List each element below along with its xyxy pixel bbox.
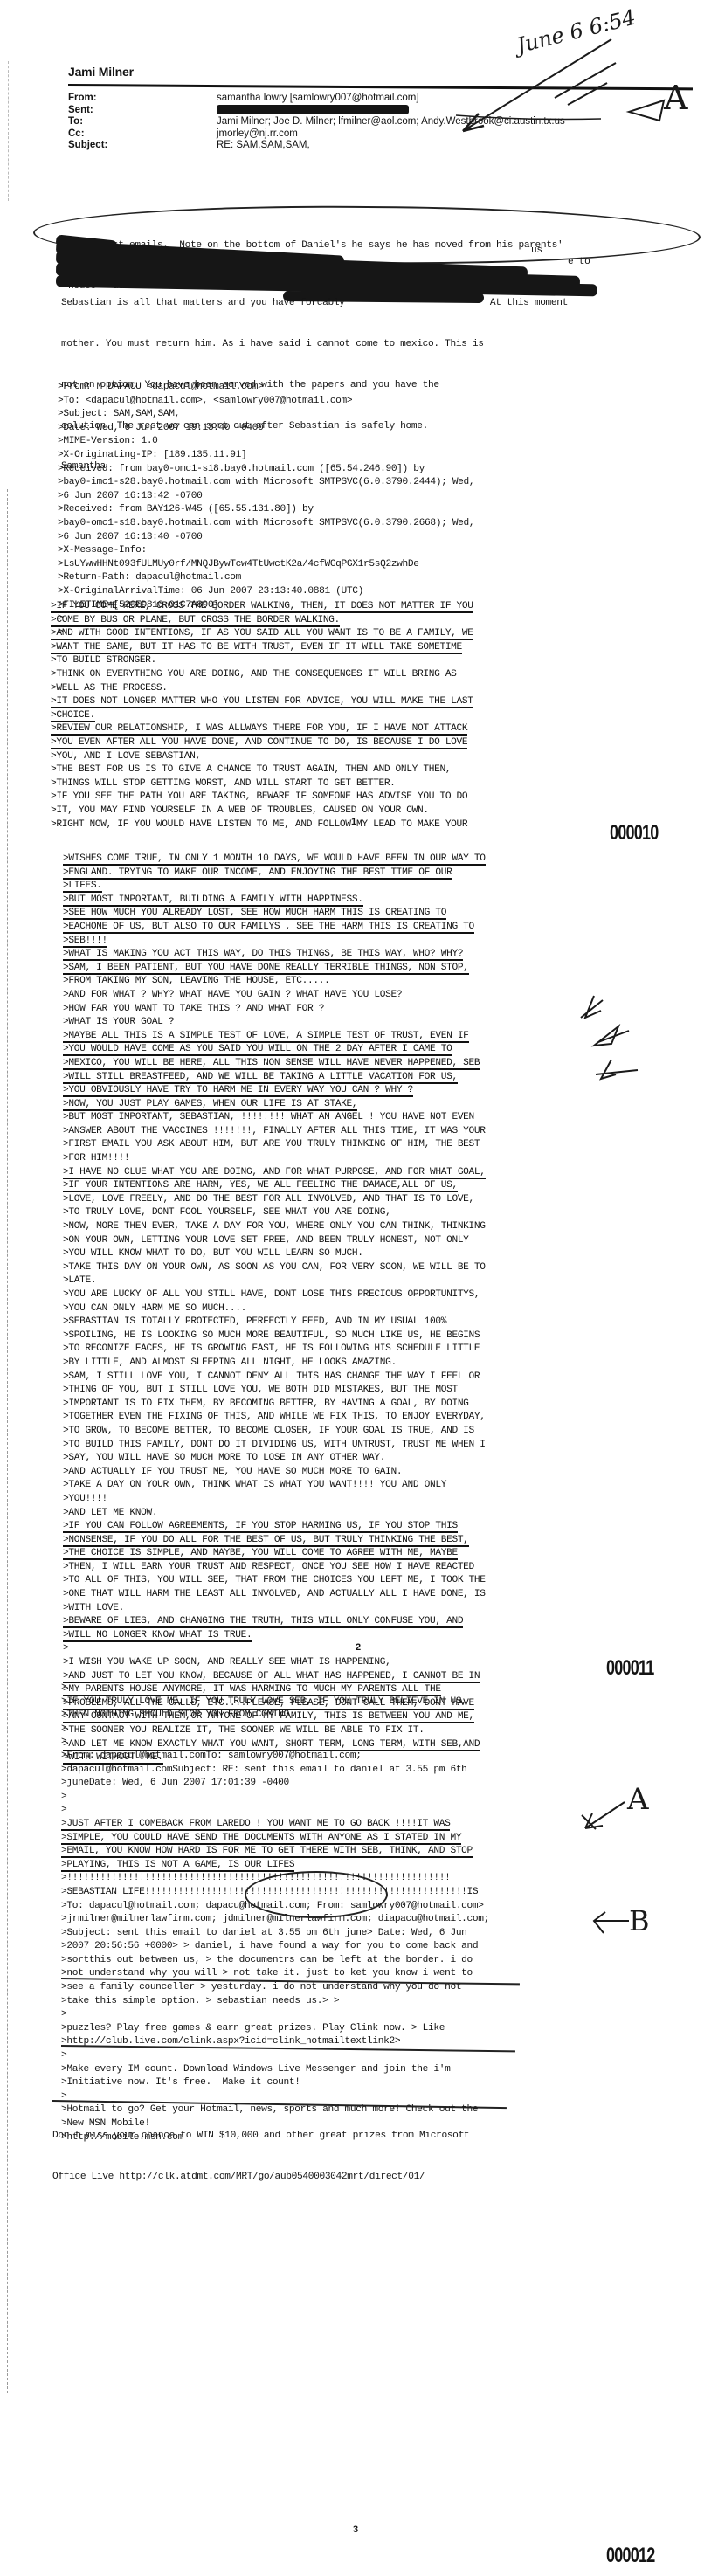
handwritten-underline: >SIMPLE, YOU COULD HAVE SEND THE DOCUMEN… [61, 1833, 461, 1845]
page-number: 3 [353, 2524, 358, 2535]
handwritten-underline: >SEE HOW MUCH YOU ALREADY LOST, SEE HOW … [63, 908, 446, 920]
bates-number: 000010 [610, 821, 659, 846]
handwritten-underline: >WILL NO LONGER KNOW WHAT IS TRUE. [63, 1630, 252, 1642]
handwritten-underline: >IT DOES NOT LONGER MATTER WHO YOU LISTE… [51, 696, 473, 708]
text-line: >SIMPLE, YOU COULD HAVE SEND THE DOCUMEN… [61, 1832, 489, 1846]
handwritten-arrow-icon [625, 96, 668, 122]
handwritten-arrow-icon [590, 1909, 633, 1935]
text-line: >TO TRULY LOVE, DONT FOOL YOURSELF, SEE … [63, 1206, 486, 1220]
text-line: >TAKE THIS DAY ON YOUR OWN, AS SOON AS Y… [63, 1261, 486, 1275]
handwritten-underline: >YOU WOULD HAVE COME AS YOU SAID YOU WIL… [63, 1044, 452, 1056]
text-line: > [61, 1682, 489, 1695]
text-line: >THE BEST FOR US IS TO GIVE A CHANCE TO … [51, 763, 473, 777]
handwritten-underline: >NOW, YOU JUST PLAY GAMES, WHEN OUR LIFE… [63, 1099, 357, 1111]
text-line: >NONSENSE, IF YOU DO ALL FOR THE BEST OF… [63, 1534, 486, 1548]
handwritten-underline: >MAYBE ALL THIS IS A SIMPLE TEST OF LOVE… [63, 1031, 469, 1043]
text-line: >WILL NO LONGER KNOW WHAT IS TRUE. [63, 1629, 486, 1643]
text-line: >AND LET ME KNOW. [63, 1507, 486, 1521]
text-line: >SAY, YOU WILL HAVE SO MUCH MORE TO LOSE… [63, 1452, 486, 1466]
text-line: >NOW, YOU JUST PLAY GAMES, WHEN OUR LIFE… [63, 1098, 486, 1112]
text-line: >X-Originating-IP: [189.135.11.91] [58, 449, 474, 463]
text-line: > [61, 1804, 489, 1818]
text-line: >6 Jun 2007 16:13:40 -0700 [58, 531, 474, 545]
text-line: >WHAT IS MAKING YOU ACT THIS WAY, DO THI… [63, 948, 486, 962]
text-line: >SEE HOW MUCH YOU ALREADY LOST, SEE HOW … [63, 907, 486, 921]
text-line: >Date: Wed, 6 Jun 2007 19:13:40 -0400 [58, 422, 474, 436]
text-line: >SAM, I BEEN PATIENT, BUT YOU HAVE DONE … [63, 962, 486, 976]
handwritten-underline: >LIFES. [63, 881, 102, 893]
handwritten-arrow-icon [577, 1798, 629, 1833]
text-line: >LIFES. [63, 880, 486, 894]
text-line: >WITH LOVE. [63, 1602, 486, 1616]
text-line: >WELL AS THE PROCESS. [51, 682, 473, 696]
text-line: >EMAIL, YOU KNOW HOW HARD IS FOR ME TO G… [61, 1845, 489, 1859]
scanned-document: Jami Milner From: samantha lowry [samlow… [0, 0, 725, 2576]
text-line: >YOU, AND I LOVE SEBASTIAN, [51, 750, 473, 764]
text-line: >IF YOU CAN FOLLOW AGREEMENTS, IF YOU ST… [63, 1520, 486, 1534]
text-line: > [63, 1642, 486, 1656]
handwritten-underline: >WHAT IS MAKING YOU ACT THIS WAY, DO THI… [63, 949, 463, 961]
text-line: > [61, 1736, 489, 1750]
handwritten-underline: >PLAYING, THIS IS NOT A GAME, IS OUR LIF… [61, 1860, 294, 1872]
handwritten-underline: >WISHES COME TRUE, IN ONLY 1 MONTH 10 DA… [63, 853, 486, 866]
text-line: >SPOILING, HE IS LOOKING SO MUCH MORE BE… [63, 1329, 486, 1343]
text-line: >YOU WOULD HAVE COME AS YOU SAID YOU WIL… [63, 1043, 486, 1057]
handwritten-underline: >EMAIL, YOU KNOW HOW HARD IS FOR ME TO G… [61, 1846, 473, 1858]
redaction-bar [217, 105, 409, 114]
text-line: >To: <dapacul@hotmail.com>, <samlowry007… [58, 395, 474, 409]
handwritten-underline: >I HAVE NO CLUE WHAT YOU ARE DOING, AND … [63, 1167, 486, 1179]
text-line: >LOVE, LOVE FREELY, AND DO THE BEST FOR … [63, 1193, 486, 1207]
text-line: >IF YOU COME HERE, CROSS THE BORDER WALK… [51, 600, 473, 614]
handwritten-underline: >BEWARE OF LIES, AND CHANGING THE TRUTH,… [63, 1616, 463, 1628]
text-line: >TO ALL OF THIS, YOU WILL SEE, THAT FROM… [63, 1574, 486, 1588]
text-line: >FIRST EMAIL YOU ASK ABOUT HIM, BUT ARE … [63, 1138, 486, 1152]
bates-number: 000012 [606, 2544, 655, 2568]
text-line: >FOR HIM!!!! [63, 1152, 486, 1166]
handwritten-underline: >MEXICO, YOU WILL BE HERE, ALL THIS NON … [63, 1058, 480, 1070]
text-line: >YOU CAN ONLY HARM ME SO MUCH.... [63, 1302, 486, 1316]
text-line: >From: M DAPACU <dapacul@hotmail.com> [58, 381, 474, 395]
handwritten-check-marks [577, 991, 646, 1088]
reply-tail-to: e to [568, 256, 590, 270]
text-line: >MAYBE ALL THIS IS A SIMPLE TEST OF LOVE… [63, 1030, 486, 1044]
handwritten-underline: >IF YOUR INTENTIONS ARE HARM, YES, WE AL… [63, 1180, 458, 1192]
text-line: >YOU ARE LUCKY OF ALL YOU STILL HAVE, DO… [63, 1288, 486, 1302]
from-value: samantha lowry [samlowry007@hotmail.com] [217, 93, 419, 105]
text-line: >TO BUILD THIS FAMILY, DONT DO IT DIVIDI… [63, 1439, 486, 1453]
text-line: >IT DOES NOT LONGER MATTER WHO YOU LISTE… [51, 695, 473, 709]
handwritten-underline: >WILL STILL BREASTFEED, AND WE WILL BE T… [63, 1072, 458, 1084]
text-line: >AND WITH GOOD INTENTIONS, IF AS YOU SAI… [51, 627, 473, 641]
text-line: >WANT THE SAME, BUT IT HAS TO BE WITH TR… [51, 641, 473, 655]
handwritten-circle [245, 1871, 388, 1918]
handwritten-underline: >CHOICE. [51, 710, 95, 722]
text-line: >take this simple option. > sebastian ne… [61, 1995, 489, 2009]
text-line: >bay0-imc1-s28.bay0.hotmail.com with Mic… [58, 476, 474, 490]
handwritten-underline: >AND WITH GOOD INTENTIONS, IF AS YOU SAI… [51, 628, 473, 640]
text-line: >MEXICO, YOU WILL BE HERE, ALL THIS NON … [63, 1057, 486, 1071]
text-line: >From: dapacul@hotmail.comTo: samlowry00… [61, 1750, 489, 1764]
text-line: >YOU!!!! [63, 1493, 486, 1507]
handwritten-underline [454, 112, 603, 122]
handwritten-mark-a: A [627, 1782, 649, 1817]
text-line: > [61, 2008, 489, 2022]
text-line: >BUT MOST IMPORTANT, SEBASTIAN, !!!!!!!!… [63, 1111, 486, 1125]
handwritten-underline: >YOU OBVIOUSLY HAVE TRY TO HARM ME IN EV… [63, 1085, 413, 1097]
text-line: >jrmilner@milnerlawfirm.com; jdmilner@mi… [61, 1913, 489, 1927]
bates-number: 000011 [606, 1656, 654, 1681]
text-line: >IF YOU SEE THE PATH YOU ARE TAKING, BEW… [51, 791, 473, 805]
handwritten-underline: >SEB!!!! [63, 936, 107, 948]
text-line: >HOW FAR YOU WANT TO TAKE THIS ? AND WHA… [63, 1003, 486, 1017]
text-line: >SEB!!!! [63, 935, 486, 949]
text-line: >BUT MOST IMPORTANT, BUILDING A FAMILY W… [63, 894, 486, 908]
footer-ad: Don't miss your chance to WIN $10,000 an… [52, 2103, 469, 2212]
text-line: >RIGHT NOW, IF YOU WOULD HAVE LISTEN TO … [51, 818, 473, 832]
text-line: >MIME-Version: 1.0 [58, 435, 474, 449]
text-line: >TO GROW, TO BECOME BETTER, TO BECOME CL… [63, 1425, 486, 1439]
scan-edge [8, 61, 10, 201]
header-subject: Subject: RE: SAM,SAM,SAM, [68, 140, 565, 152]
text-line: >ONE THAT WILL HARM THE LEAST ALL INVOLV… [63, 1588, 486, 1602]
text-line: >AND FOR WHAT ? WHY? WHAT HAVE YOU GAIN … [63, 989, 486, 1003]
text-line: >WILL STILL BREASTFEED, AND WE WILL BE T… [63, 1071, 486, 1085]
handwritten-underline: >EACHONE OF US, BUT ALSO TO OUR FAMILYS … [63, 922, 474, 934]
text-line: > [61, 2049, 489, 2063]
text-line: >ANSWER ABOUT THE VACCINES !!!!!!!, FINA… [63, 1125, 486, 1139]
text-line: >puzzles? Play free games & earn great p… [61, 2022, 489, 2036]
text-line: >IT, YOU MAY FIND YOURSELF IN A WEB OF T… [51, 805, 473, 818]
text-line: > [61, 1723, 489, 1737]
text-line: >TOGETHER EVEN THE FIXING OF THIS, AND W… [63, 1411, 486, 1425]
text-line: >Subject: sent this email to daniel at 3… [61, 1927, 489, 1941]
reply-tail-us: us [531, 245, 542, 259]
text-line: >SEBASTIAN IS TOTALLY PROTECTED, PERFECT… [63, 1316, 486, 1329]
text-line: >WHAT IS YOUR GOAL ? [63, 1016, 486, 1030]
page-number: 2 [356, 1642, 361, 1653]
handwritten-underline: >IF YOU COME HERE, CROSS THE BORDER WALK… [51, 601, 473, 613]
handwritten-arrow-icon [437, 35, 620, 140]
text-line: >TAKE A DAY ON YOUR OWN, THINK WHAT IS W… [63, 1479, 486, 1493]
subject-value: RE: SAM,SAM,SAM, [217, 140, 310, 152]
text-line: >Subject: SAM,SAM,SAM, [58, 408, 474, 422]
text-line: >THINK ON EVERYTHING YOU ARE DOING, AND … [51, 668, 473, 682]
text-line: >YOU WILL KNOW WHAT TO DO, BUT YOU WILL … [63, 1247, 486, 1261]
text-line: >CHOICE. [51, 709, 473, 723]
text-line: >NOW, MORE THEN EVER, TAKE A DAY FOR YOU… [63, 1220, 486, 1234]
handwritten-underline: >REVIEW OUR RELATIONSHIP, I WAS ALLWAYS … [51, 723, 467, 736]
handwritten-underline: >BUT MOST IMPORTANT, BUILDING A FAMILY W… [63, 894, 363, 907]
text-line: >FROM TAKING MY SON, LEAVING THE HOUSE, … [63, 975, 486, 989]
text-line: >Received: from BAY126-W45 ([65.55.131.8… [58, 503, 474, 517]
text-line: >TO BUILD STRONGER. [51, 654, 473, 668]
text-line: >LsUYwwHHNt093fULMUy0rf/MNQJBywTcw4TtUwc… [58, 558, 474, 572]
sender-name: Jami Milner [68, 65, 134, 79]
text-line: >I HAVE NO CLUE WHAT YOU ARE DOING, AND … [63, 1166, 486, 1180]
text-line: >dapacul@hotmail.comSubject: RE: sent th… [61, 1764, 489, 1778]
handwritten-underline: >NONSENSE, IF YOU DO ALL FOR THE BEST OF… [63, 1535, 469, 1547]
text-line: >juneDate: Wed, 6 Jun 2007 17:01:39 -040… [61, 1777, 489, 1791]
text-line: > [61, 1791, 489, 1805]
text-line: >TO RECONIZE FACES, HE IS GROWING FAST, … [63, 1343, 486, 1357]
text-line: >ON YOUR OWN, LETTING YOUR LOVE SET FREE… [63, 1234, 486, 1248]
text-line: >Initiative now. It's free. Make it coun… [61, 2076, 489, 2090]
text-line: >6 Jun 2007 16:13:42 -0700 [58, 490, 474, 504]
text-line: >ENGLAND. TRYING TO MAKE OUR INCOME, AND… [63, 867, 486, 881]
scan-edge [7, 489, 9, 2393]
text-line: >YOU EVEN AFTER ALL YOU HAVE DONE, AND C… [51, 736, 473, 750]
handwritten-underline: >COME BY BUS OR PLANE, BUT CROSS THE BOR… [51, 615, 340, 627]
text-line: >Received: from bay0-omc1-s18.bay0.hotma… [58, 463, 474, 477]
text-line: >JUST AFTER I COMEBACK FROM LAREDO ! YOU… [61, 1818, 489, 1832]
text-line: >LATE. [63, 1274, 486, 1288]
text-line: >THINGS WILL STOP GETTING WORST, AND WIL… [51, 777, 473, 791]
text-line: >PLAYING, THIS IS NOT A GAME, IS OUR LIF… [61, 1859, 489, 1873]
text-line: >EACHONE OF US, BUT ALSO TO OUR FAMILYS … [63, 921, 486, 935]
page-number: 1 [351, 817, 356, 827]
handwritten-underline: >YOU EVEN AFTER ALL YOU HAVE DONE, AND C… [51, 737, 467, 749]
text-line: >I WISH YOU WAKE UP SOON, AND REALLY SEE… [63, 1656, 486, 1670]
text-line: >REVIEW OUR RELATIONSHIP, I WAS ALLWAYS … [51, 722, 473, 736]
text-line: >COME BY BUS OR PLANE, BUT CROSS THE BOR… [51, 614, 473, 628]
text-line: >THING OF YOU, BUT I STILL LOVE YOU, WE … [63, 1384, 486, 1398]
text-line: >Return-Path: dapacul@hotmail.com [58, 571, 474, 585]
cc-value: jmorley@nj.rr.com [217, 128, 298, 141]
text-line: >Make every IM count. Download Windows L… [61, 2063, 489, 2077]
text-line: >BEWARE OF LIES, AND CHANGING THE TRUTH,… [63, 1615, 486, 1629]
text-line: >AND ACTUALLY IF YOU TRUST ME, YOU HAVE … [63, 1466, 486, 1480]
text-line: >2007 20:56:56 +0000> > daniel, i have f… [61, 1940, 489, 1954]
text-line: >THE CHOICE IS SIMPLE, AND MAYBE, YOU WI… [63, 1547, 486, 1561]
handwritten-underline: >SAM, I BEEN PATIENT, BUT YOU HAVE DONE … [63, 963, 469, 975]
text-line: >BY LITTLE, AND ALMOST SLEEPING ALL NIGH… [63, 1357, 486, 1371]
text-line: >THEN NOTHING SHOULD STOP YOU FROM COMIN… [61, 1709, 489, 1723]
text-line: >X-OriginalArrivalTime: 06 Jun 2007 23:1… [58, 585, 474, 599]
handwritten-underline: >ENGLAND. TRYING TO MAKE OUR INCOME, AND… [63, 867, 452, 880]
handwritten-underline: >THE CHOICE IS SIMPLE, AND MAYBE, YOU WI… [63, 1548, 458, 1560]
handwritten-underline: >IF YOU CAN FOLLOW AGREEMENTS, IF YOU ST… [63, 1521, 458, 1533]
page1-body: >IF YOU COME HERE, CROSS THE BORDER WALK… [51, 600, 473, 832]
text-line: >sortthis out between us, > the document… [61, 1954, 489, 1968]
text-line: >IF YOUR INTENTIONS ARE HARM, YES, WE AL… [63, 1179, 486, 1193]
text-line: >WISHES COME TRUE, IN ONLY 1 MONTH 10 DA… [63, 853, 486, 867]
text-line: >THEN, I WILL EARN YOUR TRUST AND RESPEC… [63, 1561, 486, 1575]
text-line: >IF YOU TRULY LOVE ME, IF YOU TRULY LOVE… [61, 1695, 489, 1709]
text-line: >IMPORTANT IS TO FIX THEM, BY BECOMING B… [63, 1398, 486, 1412]
handwritten-underline: >JUST AFTER I COMEBACK FROM LAREDO ! YOU… [61, 1819, 450, 1831]
handwritten-underline: >WANT THE SAME, BUT IT HAS TO BE WITH TR… [51, 642, 462, 654]
text-line: >X-Message-Info: [58, 544, 474, 558]
text-line: >bay0-omc1-s18.bay0.hotmail.com with Mic… [58, 517, 474, 531]
text-line: >YOU OBVIOUSLY HAVE TRY TO HARM ME IN EV… [63, 1084, 486, 1098]
text-line: >SAM, I STILL LOVE YOU, I CANNOT DENY AL… [63, 1371, 486, 1385]
page2-body: >WISHES COME TRUE, IN ONLY 1 MONTH 10 DA… [63, 853, 486, 1765]
